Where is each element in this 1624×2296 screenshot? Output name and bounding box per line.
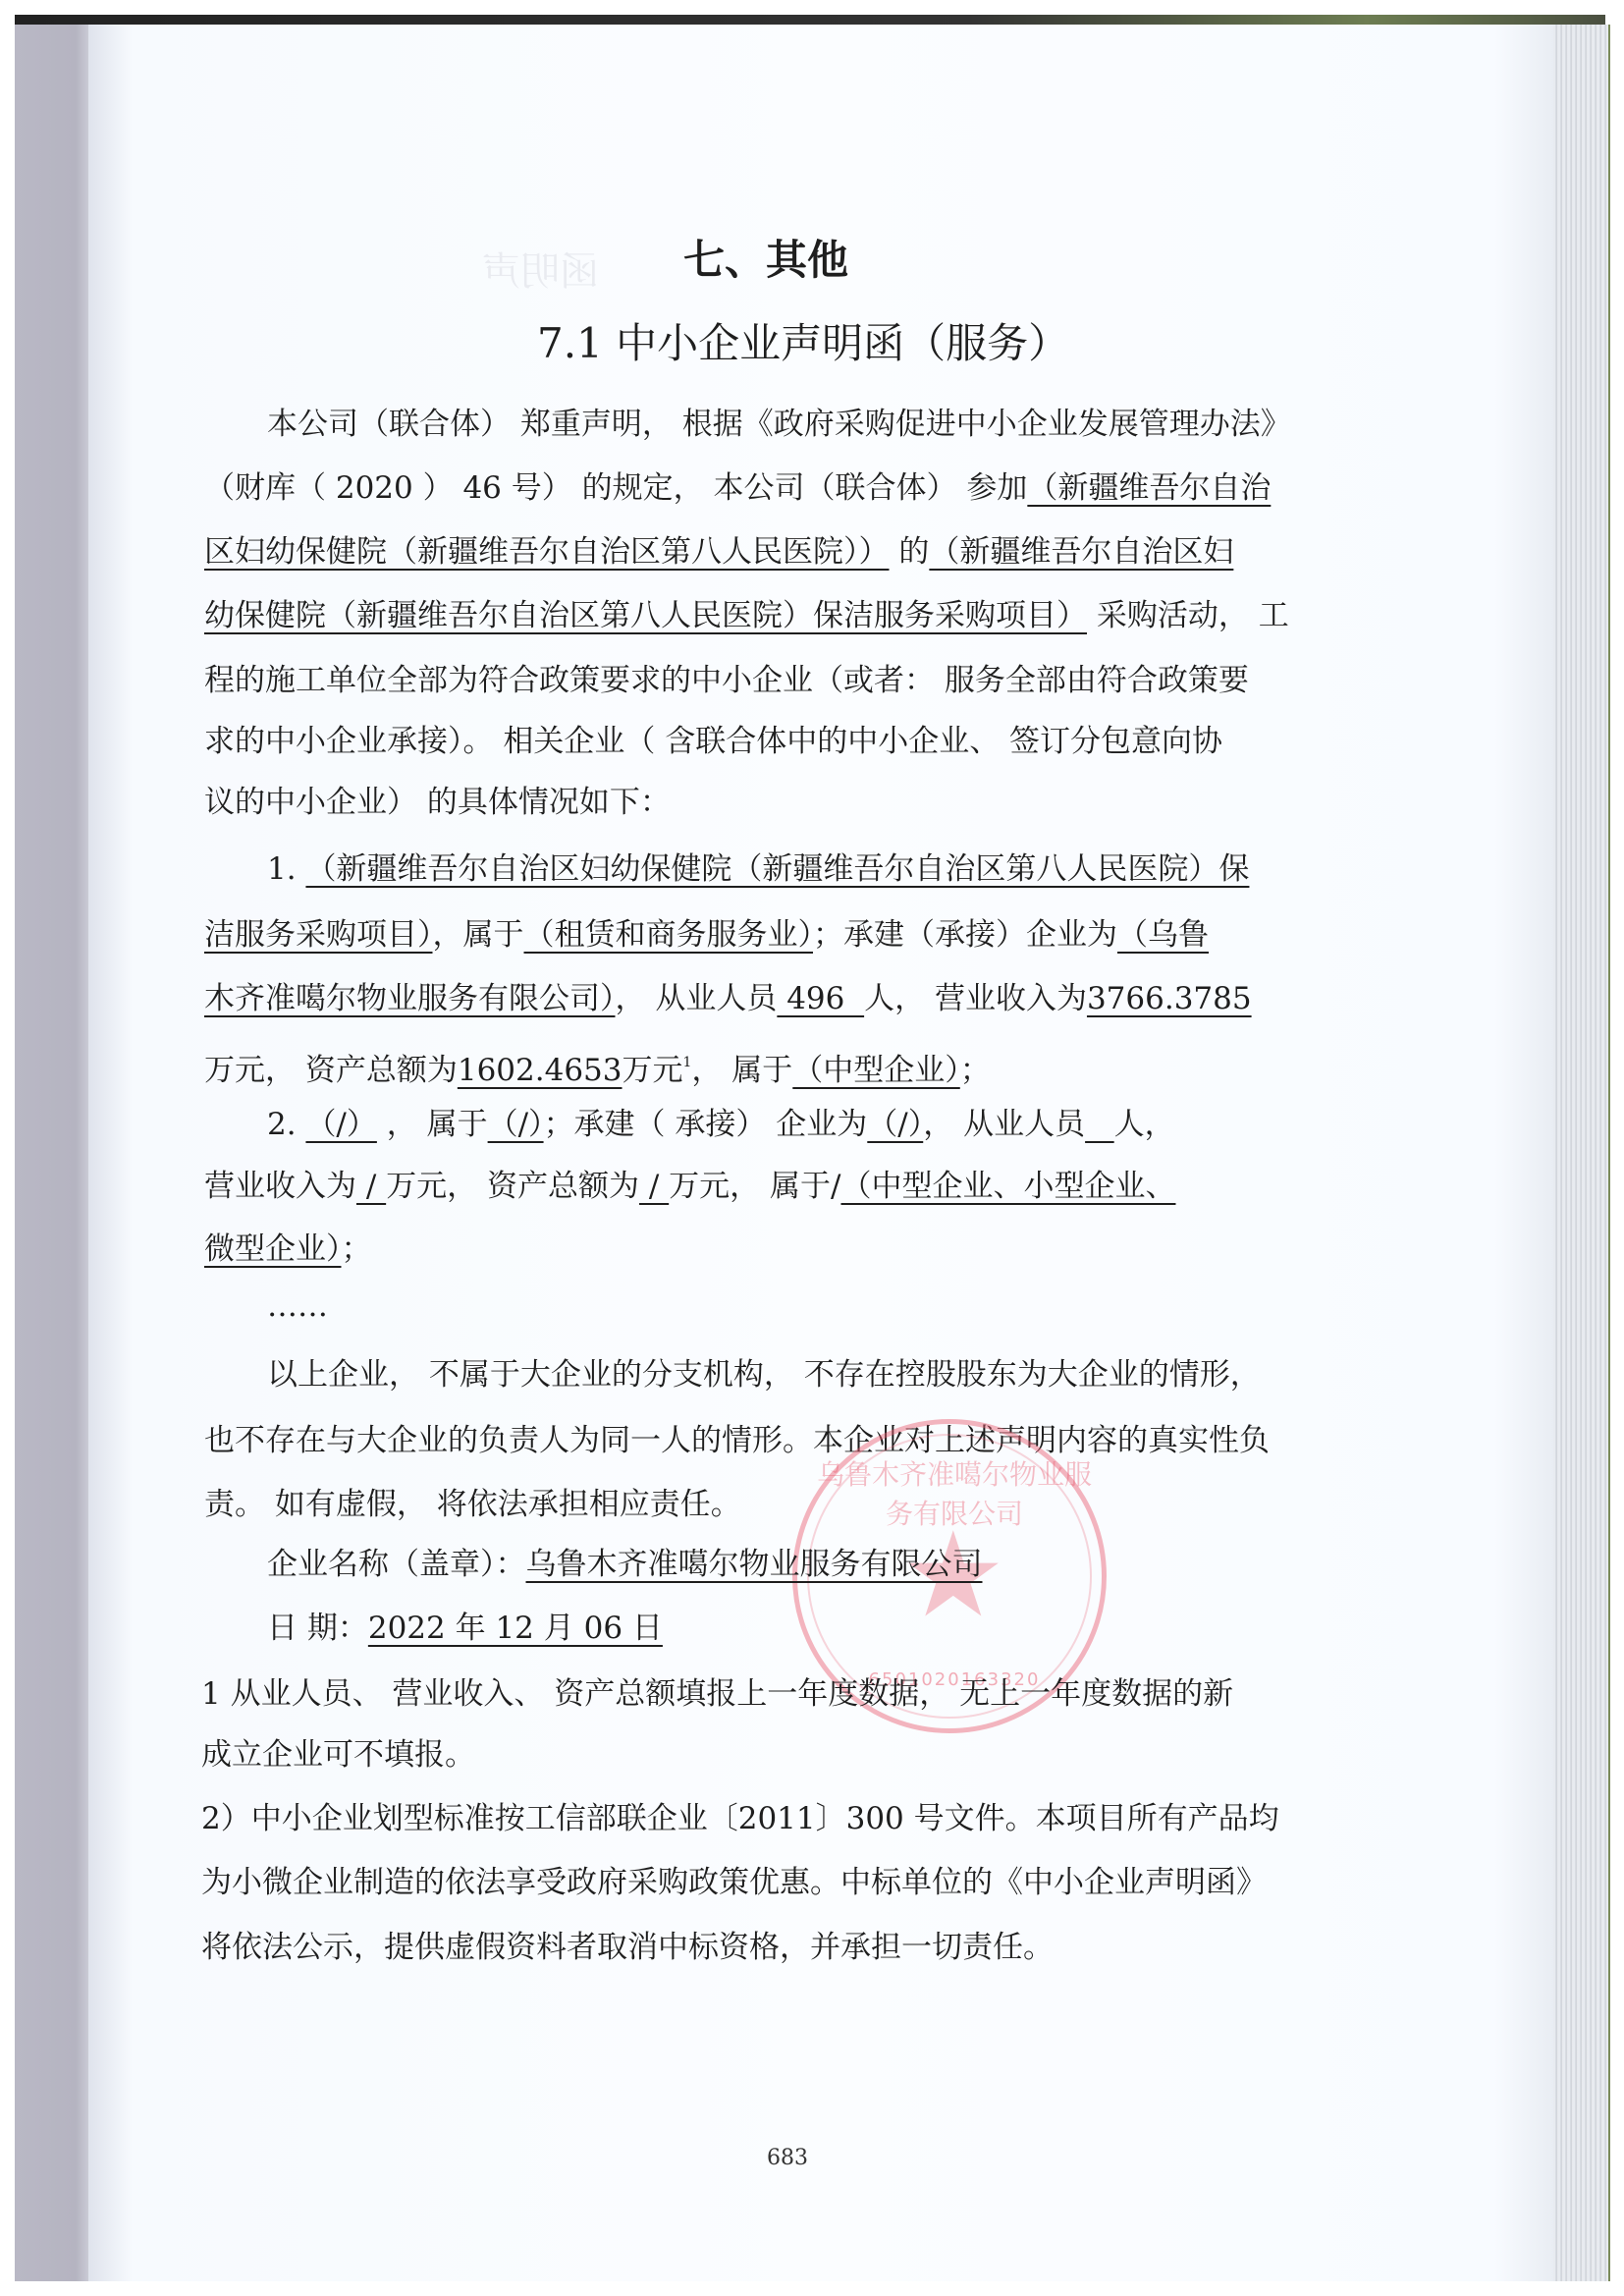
scan-top-edge (15, 15, 1605, 25)
project-name: 幼保健院（新疆维吾尔自治区第八人民医院）保洁服务采购项目） (204, 598, 1087, 633)
company-signature: 企业名称（盖章）：乌鲁木齐准噶尔物业服务有限公司 (267, 1545, 983, 1584)
section-heading: 七、其他 (683, 237, 848, 284)
item1-industry: （租赁和商务服务业） (524, 917, 814, 953)
page-stack-edge (1553, 25, 1610, 2281)
date-label: 日 期： (267, 1611, 368, 1646)
body-line-3-text: 的 (890, 534, 930, 570)
date-value: 2022 年 12 月 06 日 (368, 1611, 663, 1646)
body-line-2-text: （财库（ 2020 ） 46 号） 的规定， 本公司（联合体） 参加 (204, 470, 1027, 506)
company-label: 企业名称（盖章）： (267, 1547, 526, 1582)
bleed-through-text: 函明声 (481, 241, 599, 297)
item1-project: （新疆维吾尔自治区妇幼保健院（新疆维吾尔自治区第八人民医院）保 (305, 851, 1249, 887)
item1-end: ； (960, 1053, 991, 1088)
item2-number: 2. (267, 1107, 297, 1142)
item1-size: （中型企业） (792, 1053, 960, 1088)
body-line-5: 程的施工单位全部为符合政策要求的中小企业（或者： 服务全部由符合政策要 (204, 661, 1249, 700)
page-title: 7.1 中小企业声明函（服务） (537, 320, 1069, 367)
closing-line-2: 也不存在与大企业的负责人为同一人的情形。本企业对上述声明内容的真实性负 (204, 1421, 1270, 1460)
item2-employees (1085, 1107, 1114, 1142)
body-line-2: （财库（ 2020 ） 46 号） 的规定， 本公司（联合体） 参加（新疆维吾尔… (204, 468, 1271, 508)
footnote-2-line-2: 为小微企业制造的依法享受政府采购政策优惠。中标单位的《中小企业声明函》 (201, 1863, 1267, 1902)
project-name-part: （新疆维吾尔自治区妇 (929, 534, 1233, 570)
item1-industry-label: ，属于 (433, 917, 524, 953)
item1-size-label: ， 属于 (691, 1053, 792, 1088)
item2-industry-label: ， 属于 (377, 1107, 488, 1142)
item1-contractor-label: ；承建（承接）企业为 (813, 917, 1117, 953)
item1-contractor-a: （乌鲁 (1117, 917, 1209, 953)
item1-revenue-label: 人， 营业收入为 (864, 981, 1087, 1016)
closing-line-3: 责。 如有虚假， 将依法承担相应责任。 (204, 1485, 741, 1524)
purchaser-name: 区妇幼保健院（新疆维吾尔自治区第八人民医院）） (204, 534, 890, 570)
item2-assets: / (639, 1169, 669, 1204)
body-line-4-text: 采购活动， 工 (1087, 598, 1289, 633)
ellipsis: …… (267, 1286, 328, 1326)
item2-line-3: 微型企业）； (204, 1230, 372, 1269)
item2-line-1: 2. （/） ， 属于（/）；承建（ 承接） 企业为（/）， 从业人员 人， (267, 1105, 1175, 1144)
binding-edge (15, 25, 91, 2281)
body-line-6: 求的中小企业承接）。 相关企业（ 含联合体中的中小企业、 签订分包意向协 (204, 722, 1222, 761)
item1-revenue: 3766.3785 (1087, 981, 1252, 1016)
body-line-1: 本公司（联合体） 郑重声明， 根据《政府采购促进中小企业发展管理办法》 (267, 405, 1291, 444)
item1-line-1: 1. （新疆维吾尔自治区妇幼保健院（新疆维吾尔自治区第八人民医院）保 (267, 849, 1249, 889)
item2-size-label: 万元， 属于/ (669, 1169, 840, 1204)
item2-size-b: 微型企业） (204, 1231, 342, 1267)
item1-project-cont: 洁服务采购项目） (204, 917, 433, 953)
item2-assets-label: 万元， 资产总额为 (386, 1169, 639, 1204)
item1-employees: 496 (777, 981, 864, 1016)
item1-contractor-b: 木齐准噶尔物业服务有限公司） (204, 981, 616, 1016)
body-line-4: 幼保健院（新疆维吾尔自治区第八人民医院）保洁服务采购项目） 采购活动， 工 (204, 596, 1289, 635)
body-line-7: 议的中小企业） 的具体情况如下： (204, 783, 671, 822)
footnote-1-line-2: 成立企业可不填报。 (201, 1735, 475, 1775)
item2-line-2: 营业收入为 / 万元， 资产总额为 / 万元， 属于/（中型企业、小型企业、 (204, 1167, 1175, 1206)
item1-line-3: 木齐准噶尔物业服务有限公司）， 从业人员 496 人， 营业收入为3766.37… (204, 979, 1252, 1018)
item2-contractor-label: ；承建（ 承接） 企业为 (544, 1107, 868, 1142)
item2-revenue-label: 营业收入为 (204, 1169, 356, 1204)
company-name: 乌鲁木齐准噶尔物业服务有限公司 (526, 1547, 983, 1582)
body-line-3: 区妇幼保健院（新疆维吾尔自治区第八人民医院）） 的（新疆维吾尔自治区妇 (204, 532, 1233, 572)
item2-project: （/） (305, 1107, 376, 1142)
footnote-1-line-1: 1 从业人员、 营业收入、 资产总额填报上一年度数据， 无上一年度数据的新 (201, 1674, 1233, 1714)
date-line: 日 期：2022 年 12 月 06 日 (267, 1609, 663, 1648)
item2-revenue: / (356, 1169, 386, 1204)
footnote-2-line-3: 将依法公示，提供虚假资料者取消中标资格，并承担一切责任。 (201, 1928, 1054, 1967)
item2-end: ； (342, 1231, 372, 1267)
closing-line-1: 以上企业， 不属于大企业的分支机构， 不存在控股股东为大企业的情形， (267, 1355, 1261, 1394)
item1-assets-label: 万元， 资产总额为 (204, 1053, 458, 1088)
item1-line-4: 万元， 资产总额为1602.4653万元1， 属于（中型企业）； (204, 1043, 991, 1090)
page-number: 683 (767, 2146, 808, 2170)
purchaser-name-part: （新疆维吾尔自治 (1027, 470, 1271, 506)
item1-assets: 1602.4653 (458, 1053, 623, 1088)
item2-employees-label: ， 从业人员 (923, 1107, 1085, 1142)
item2-size-a: （中型企业、小型企业、 (840, 1169, 1175, 1204)
item2-contractor: （/） (867, 1107, 923, 1142)
footnote-2-line-1: 2）中小企业划型标准按工信部联企业〔2011〕300 号文件。本项目所有产品均 (201, 1799, 1279, 1838)
item1-employees-label: ， 从业人员 (616, 981, 778, 1016)
item2-employees-unit: 人， (1114, 1107, 1175, 1142)
item1-number: 1. (267, 851, 297, 887)
item2-industry: （/） (488, 1107, 544, 1142)
item1-assets-unit: 万元 (623, 1053, 683, 1088)
item1-line-2: 洁服务采购项目），属于（租赁和商务服务业）；承建（承接）企业为（乌鲁 (204, 915, 1209, 955)
